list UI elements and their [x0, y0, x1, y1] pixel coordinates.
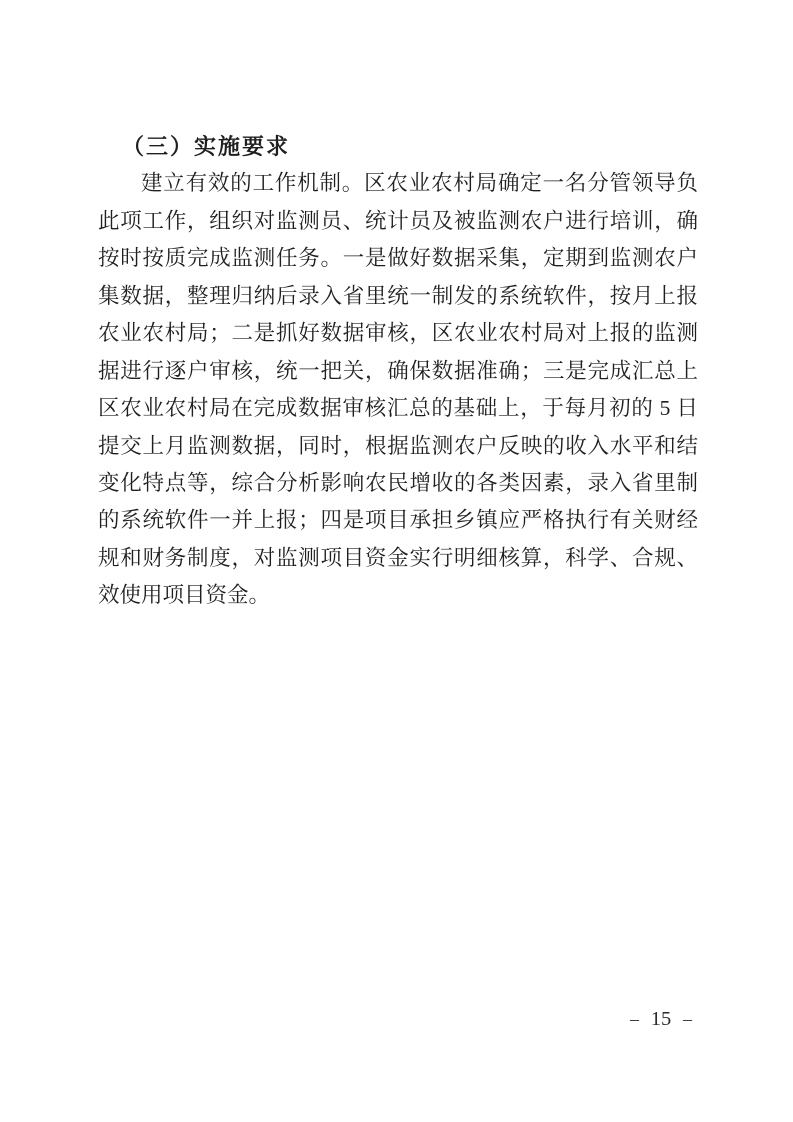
- paragraph-line: 集数据，整理归纳后录入省里统一制发的系统软件，按月上报区: [98, 278, 698, 315]
- paragraph-line: 变化特点等，综合分析影响农民增收的各类因素，录入省里制发: [98, 465, 698, 502]
- body-paragraph: 建立有效的工作机制。区农业农村局确定一名分管领导负责此项工作，组织对监测员、统计…: [98, 165, 698, 614]
- page-number-left-dash: –: [630, 1009, 639, 1030]
- paragraph-line: 区农业农村局在完成数据审核汇总的基础上，于每月初的 5 日前: [98, 390, 698, 427]
- text-block: （三）实施要求 建立有效的工作机制。区农业农村局确定一名分管领导负责此项工作，组…: [98, 128, 698, 615]
- paragraph-line: 按时按质完成监测任务。一是做好数据采集，定期到监测农户采: [98, 240, 698, 277]
- paragraph-line: 据进行逐户审核，统一把关，确保数据准确；三是完成汇总上报，: [98, 353, 698, 390]
- document-page: （三）实施要求 建立有效的工作机制。区农业农村局确定一名分管领导负责此项工作，组…: [0, 0, 793, 1122]
- page-footer: – 15 –: [630, 1008, 692, 1031]
- paragraph-line: 效使用项目资金。: [98, 577, 698, 614]
- paragraph-line: 规和财务制度，对监测项目资金实行明细核算，科学、合规、有: [98, 540, 698, 577]
- section-heading: （三）实施要求: [98, 128, 698, 165]
- paragraph-line: 的系统软件一并上报；四是项目承担乡镇应严格执行有关财经法: [98, 502, 698, 539]
- paragraph-line: 农业农村局；二是抓好数据审核，区农业农村局对上报的监测数: [98, 315, 698, 352]
- paragraph-line: 此项工作，组织对监测员、统计员及被监测农户进行培训，确保: [98, 203, 698, 240]
- paragraph-line: 建立有效的工作机制。区农业农村局确定一名分管领导负责: [98, 165, 698, 202]
- page-number-right-dash: –: [683, 1009, 692, 1030]
- page-number: 15: [651, 1008, 672, 1031]
- paragraph-line: 提交上月监测数据，同时，根据监测农户反映的收入水平和结构: [98, 428, 698, 465]
